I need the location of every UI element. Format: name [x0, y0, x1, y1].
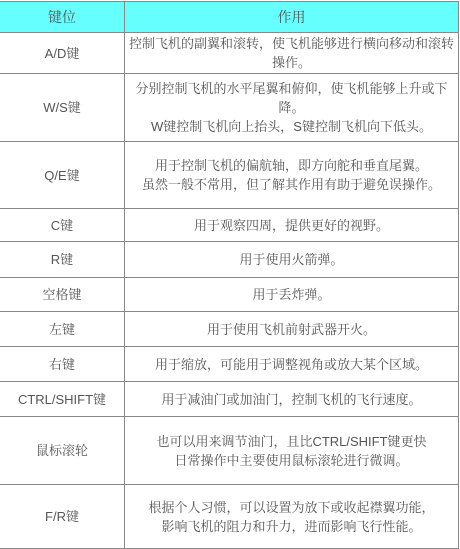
table-row: 右键用于缩放，可能用于调整视角或放大某个区域。: [0, 347, 459, 382]
action-cell: 用于观察四周，提供更好的视野。: [125, 209, 459, 242]
table-row: CTRL/SHIFT键用于减油门或加油门，控制飞机的飞行速度。: [0, 382, 459, 417]
header-cell-key: 键位: [0, 2, 125, 33]
action-cell: 分别控制飞机的水平尾翼和俯仰，使飞机能够上升或下 降。 W键控制飞机向上抬头，S…: [125, 74, 459, 142]
key-cell: W/S键: [0, 74, 125, 142]
action-cell: 控制飞机的副翼和滚转，使飞机能够进行横向移动和滚转 操作。: [125, 33, 459, 74]
table-row: C键用于观察四周，提供更好的视野。: [0, 209, 459, 242]
action-cell: 用于减油门或加油门，控制飞机的飞行速度。: [125, 382, 459, 417]
key-cell: 空格键: [0, 278, 125, 312]
action-cell: 根据个人习惯，可以设置为放下或收起襟翼功能， 影响飞机的阻力和升力，进而影响飞行…: [125, 485, 459, 549]
key-cell: 鼠标滚轮: [0, 417, 125, 485]
table-row: R键用于使用火箭弹。: [0, 242, 459, 278]
table-row: 左键用于使用飞机前射武器开火。: [0, 312, 459, 347]
key-cell: 左键: [0, 312, 125, 347]
key-cell: Q/E键: [0, 142, 125, 209]
key-cell: R键: [0, 242, 125, 278]
keybinding-table: 键位 作用 A/D键控制飞机的副翼和滚转，使飞机能够进行横向移动和滚转 操作。W…: [0, 1, 459, 549]
action-cell: 用于缩放，可能用于调整视角或放大某个区域。: [125, 347, 459, 382]
table-row: Q/E键用于控制飞机的偏航轴，即方向舵和垂直尾翼。 虽然一般不常用，但了解其作用…: [0, 142, 459, 209]
table-body: A/D键控制飞机的副翼和滚转，使飞机能够进行横向移动和滚转 操作。W/S键分别控…: [0, 33, 459, 549]
key-cell: A/D键: [0, 33, 125, 74]
table-row: W/S键分别控制飞机的水平尾翼和俯仰，使飞机能够上升或下 降。 W键控制飞机向上…: [0, 74, 459, 142]
table-row: A/D键控制飞机的副翼和滚转，使飞机能够进行横向移动和滚转 操作。: [0, 33, 459, 74]
header-cell-action: 作用: [125, 2, 459, 33]
action-cell: 用于使用飞机前射武器开火。: [125, 312, 459, 347]
action-cell: 用于控制飞机的偏航轴，即方向舵和垂直尾翼。 虽然一般不常用，但了解其作用有助于避…: [125, 142, 459, 209]
key-cell: 右键: [0, 347, 125, 382]
key-cell: CTRL/SHIFT键: [0, 382, 125, 417]
table-header: 键位 作用: [0, 2, 459, 33]
key-cell: C键: [0, 209, 125, 242]
table-row: 空格键用于丢炸弹。: [0, 278, 459, 312]
header-row: 键位 作用: [0, 2, 459, 33]
action-cell: 用于使用火箭弹。: [125, 242, 459, 278]
table-row: F/R键根据个人习惯，可以设置为放下或收起襟翼功能， 影响飞机的阻力和升力，进而…: [0, 485, 459, 549]
action-cell: 用于丢炸弹。: [125, 278, 459, 312]
action-cell: 也可以用来调节油门，且比CTRL/SHIFT键更快 日常操作中主要使用鼠标滚轮进…: [125, 417, 459, 485]
table-row: 鼠标滚轮也可以用来调节油门，且比CTRL/SHIFT键更快 日常操作中主要使用鼠…: [0, 417, 459, 485]
key-cell: F/R键: [0, 485, 125, 549]
